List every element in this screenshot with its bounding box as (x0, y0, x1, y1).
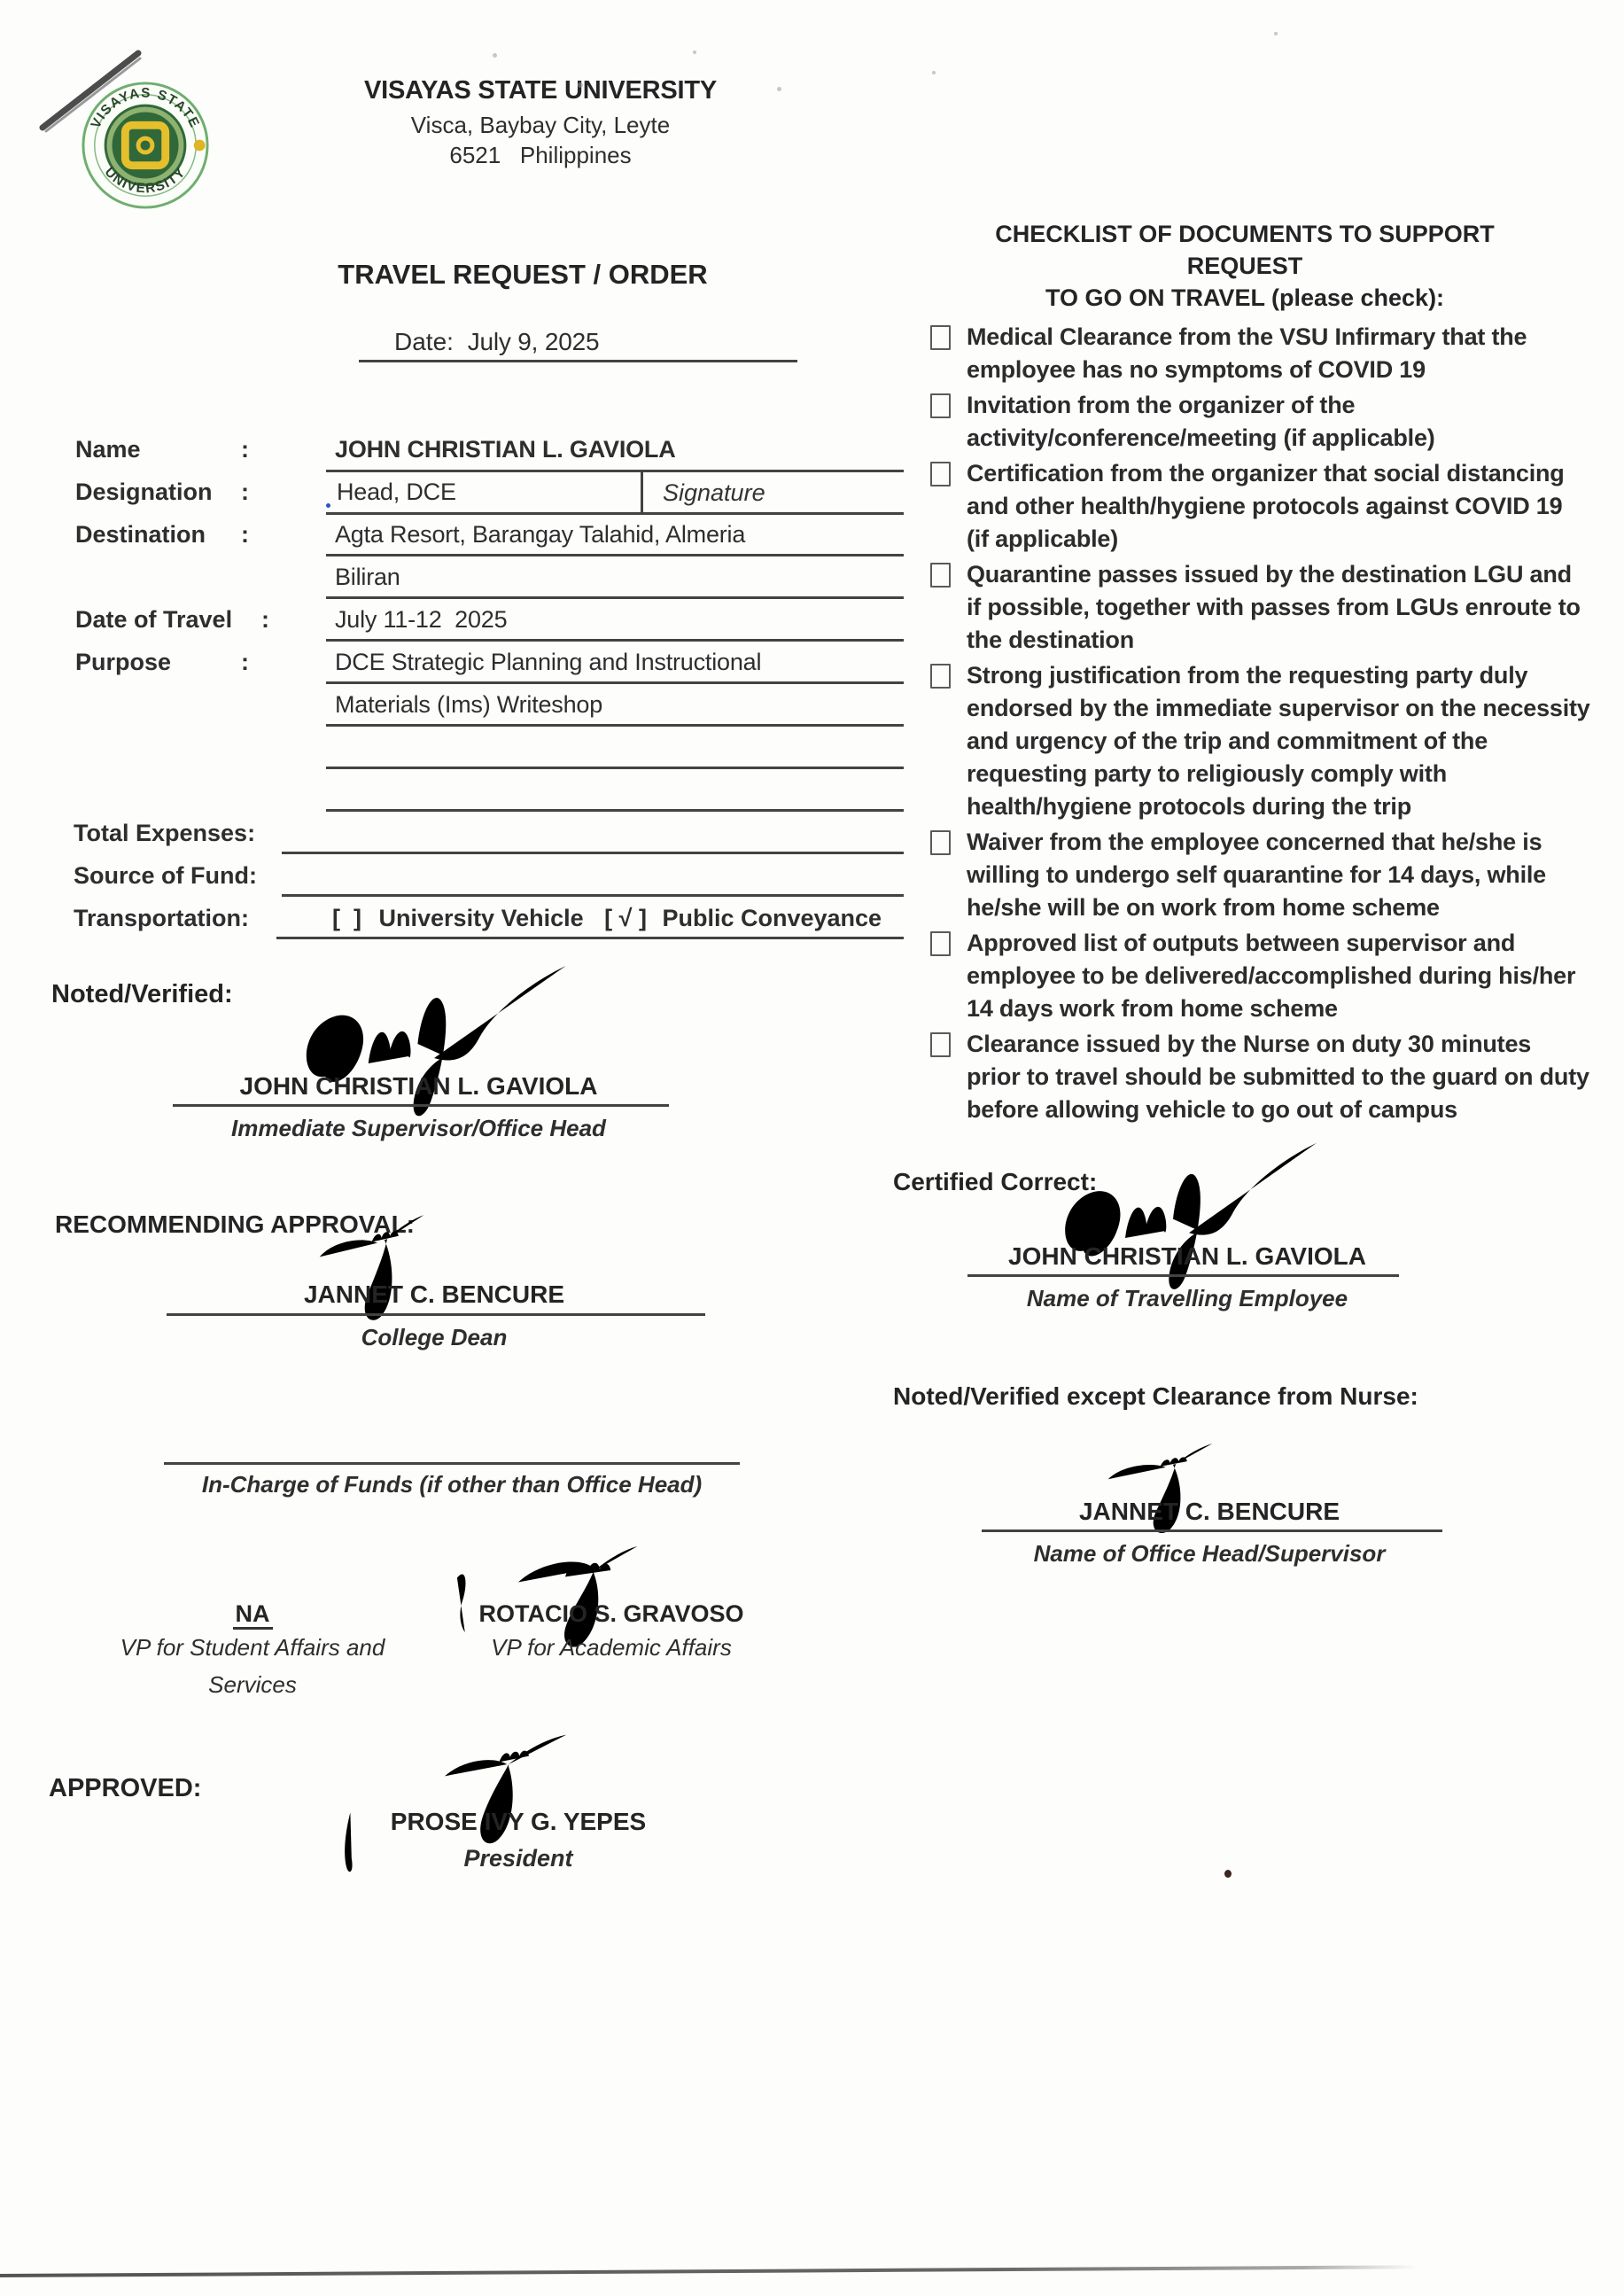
university-postal: 6521 Philippines (292, 142, 789, 169)
ink-speck (1224, 1870, 1232, 1878)
checklist-item: Quarantine passes issued by the destinat… (930, 558, 1590, 657)
date-row: Date: July 9, 2025 (394, 328, 599, 356)
scan-speck (693, 51, 696, 54)
checklist-item-text: Medical Clearance from the VSU Infirmary… (967, 321, 1590, 386)
travel-date-underline (326, 639, 904, 642)
approved-name: PROSE IVY G. YEPES (328, 1808, 709, 1836)
checklist: Medical Clearance from the VSU Infirmary… (930, 321, 1590, 1129)
noted-title: Immediate Supervisor/Office Head (164, 1115, 673, 1142)
scan-speck (493, 53, 497, 58)
university-name: VISAYAS STATE UNIVERSITY (292, 76, 789, 105)
destination-underline-2 (326, 596, 904, 599)
checklist-item-text: Certification from the organizer that so… (967, 457, 1590, 556)
noted-verified-label: Noted/Verified: (51, 980, 233, 1009)
scan-speck (1274, 32, 1278, 35)
field-label-transportation: Transportation: (74, 905, 249, 932)
vp-student-name-text: NA (233, 1600, 273, 1630)
noted-nurse-title: Name of Office Head/Supervisor (1006, 1540, 1413, 1568)
scan-speck (578, 82, 583, 88)
noted-name: JOHN CHRISTIAN L. GAVIOLA (164, 1072, 673, 1101)
vp-academic-title: VP for Academic Affairs (425, 1634, 797, 1662)
checkbox-icon (930, 325, 951, 350)
checkbox-icon (930, 664, 951, 689)
checklist-item: Certification from the organizer that so… (930, 457, 1590, 556)
source-of-fund-underline (282, 894, 904, 897)
in-charge-title: In-Charge of Funds (if other than Office… (133, 1471, 771, 1498)
checklist-item: Medical Clearance from the VSU Infirmary… (930, 321, 1590, 386)
checkbox-checked: [ √ ] (604, 905, 647, 931)
field-value-destination-1: Agta Resort, Barangay Talahid, Almeria (335, 521, 745, 549)
field-label-designation: Designation (75, 479, 213, 506)
scan-edge-line (0, 2265, 1418, 2277)
designation-underline (326, 512, 904, 515)
transport-option-university-vehicle: University Vehicle (379, 905, 584, 931)
colon: : (241, 649, 249, 676)
purpose-underline-2 (326, 724, 904, 727)
colon: : (241, 479, 249, 506)
field-value-travel-date: July 11-12 2025 (335, 606, 507, 634)
in-charge-underline (164, 1462, 740, 1465)
university-address: Visca, Baybay City, Leyte (292, 112, 789, 139)
checklist-item: Clearance issued by the Nurse on duty 30… (930, 1028, 1590, 1126)
name-underline (326, 470, 904, 472)
checkbox-icon (930, 931, 951, 956)
approved-label: APPROVED: (49, 1774, 201, 1803)
colon: : (241, 521, 249, 549)
recommending-name: JANNET C. BENCURE (168, 1280, 700, 1309)
total-expenses-underline (282, 852, 904, 854)
checklist-item-text: Strong justification from the requesting… (967, 659, 1590, 823)
scan-speck (777, 87, 781, 91)
signature-cell-divider (641, 471, 643, 512)
field-label-travel-date: Date of Travel (75, 606, 232, 634)
doc-title: TRAVEL REQUEST / ORDER (266, 259, 780, 291)
checkbox-unchecked: [ ] (332, 905, 361, 931)
checkbox-icon (930, 1032, 951, 1057)
checkbox-icon (930, 830, 951, 855)
vp-academic-name: ROTACIO S. GRAVOSO (425, 1600, 797, 1628)
signature-gaviola (1047, 1136, 1331, 1309)
certified-title: Name of Travelling Employee (979, 1285, 1395, 1312)
signature-yepes (418, 1732, 613, 1856)
checklist-item-text: Clearance issued by the Nurse on duty 30… (967, 1028, 1590, 1126)
signature-box-label: Signature (663, 479, 765, 507)
purpose-underline-1 (326, 681, 904, 684)
transport-option-public-conveyance: Public Conveyance (662, 905, 882, 931)
checklist-heading-line1: CHECKLIST OF DOCUMENTS TO SUPPORT REQUES… (939, 218, 1550, 282)
scan-speck (932, 71, 936, 74)
field-value-name: JOHN CHRISTIAN L. GAVIOLA (335, 436, 676, 463)
field-label-total-expenses: Total Expenses: (74, 820, 255, 847)
vp-student-name: NA (93, 1600, 412, 1628)
field-value-destination-2: Biliran (335, 564, 400, 591)
checklist-item-text: Quarantine passes issued by the destinat… (967, 558, 1590, 657)
noted-underline (173, 1104, 669, 1107)
field-label-destination: Destination (75, 521, 206, 549)
checklist-heading-line2: TO GO ON TRAVEL (please check): (939, 282, 1550, 314)
field-value-designation: Head, DCE (337, 479, 456, 506)
recommending-title: College Dean (168, 1324, 700, 1351)
checklist-heading: CHECKLIST OF DOCUMENTS TO SUPPORT REQUES… (939, 218, 1550, 314)
checklist-item-text: Invitation from the organizer of the act… (967, 389, 1590, 455)
blank-underline-2 (326, 809, 904, 812)
checklist-item: Waiver from the employee concerned that … (930, 826, 1590, 924)
transportation-underline (276, 937, 904, 939)
checklist-item-text: Waiver from the employee concerned that … (967, 826, 1590, 924)
checklist-item: Invitation from the organizer of the act… (930, 389, 1590, 455)
vp-student-title-2: Services (84, 1671, 421, 1699)
checkbox-icon (930, 563, 951, 588)
date-underline (359, 360, 797, 362)
transportation-value: [ ] University Vehicle [ √ ] Public Conv… (332, 905, 882, 932)
recommending-underline (167, 1313, 705, 1316)
checklist-item: Approved list of outputs between supervi… (930, 927, 1590, 1025)
scanned-travel-request-document: VISAYAS STATE UNIVERSITY VISAYAS STATE U… (0, 0, 1624, 2296)
field-label-purpose: Purpose (75, 649, 171, 676)
destination-underline-1 (326, 554, 904, 556)
signature-gaviola (288, 959, 580, 1136)
field-value-purpose-2: Materials (Ims) Writeshop (335, 691, 602, 719)
vp-student-title-1: VP for Student Affairs and (84, 1634, 421, 1662)
colon: : (261, 606, 269, 634)
field-label-source-of-fund: Source of Fund: (74, 862, 257, 890)
date-label: Date: (394, 328, 454, 355)
checkbox-icon (930, 462, 951, 486)
blank-underline-1 (326, 767, 904, 769)
certified-underline (967, 1274, 1399, 1277)
field-value-purpose-1: DCE Strategic Planning and Instructional (335, 649, 761, 676)
approved-title: President (328, 1845, 709, 1872)
certified-name: JOHN CHRISTIAN L. GAVIOLA (979, 1242, 1395, 1271)
checkbox-icon (930, 393, 951, 418)
checklist-item-text: Approved list of outputs between supervi… (967, 927, 1590, 1025)
ink-dot-artifact (326, 503, 330, 508)
noted-nurse-underline (982, 1529, 1442, 1532)
colon: : (241, 436, 249, 463)
checklist-item: Strong justification from the requesting… (930, 659, 1590, 823)
university-seal: VISAYAS STATE UNIVERSITY (78, 80, 213, 211)
noted-nurse-label: Noted/Verified except Clearance from Nur… (893, 1382, 1418, 1411)
noted-nurse-name: JANNET C. BENCURE (1006, 1498, 1413, 1526)
field-label-name: Name (75, 436, 141, 463)
date-value: July 9, 2025 (468, 328, 600, 355)
